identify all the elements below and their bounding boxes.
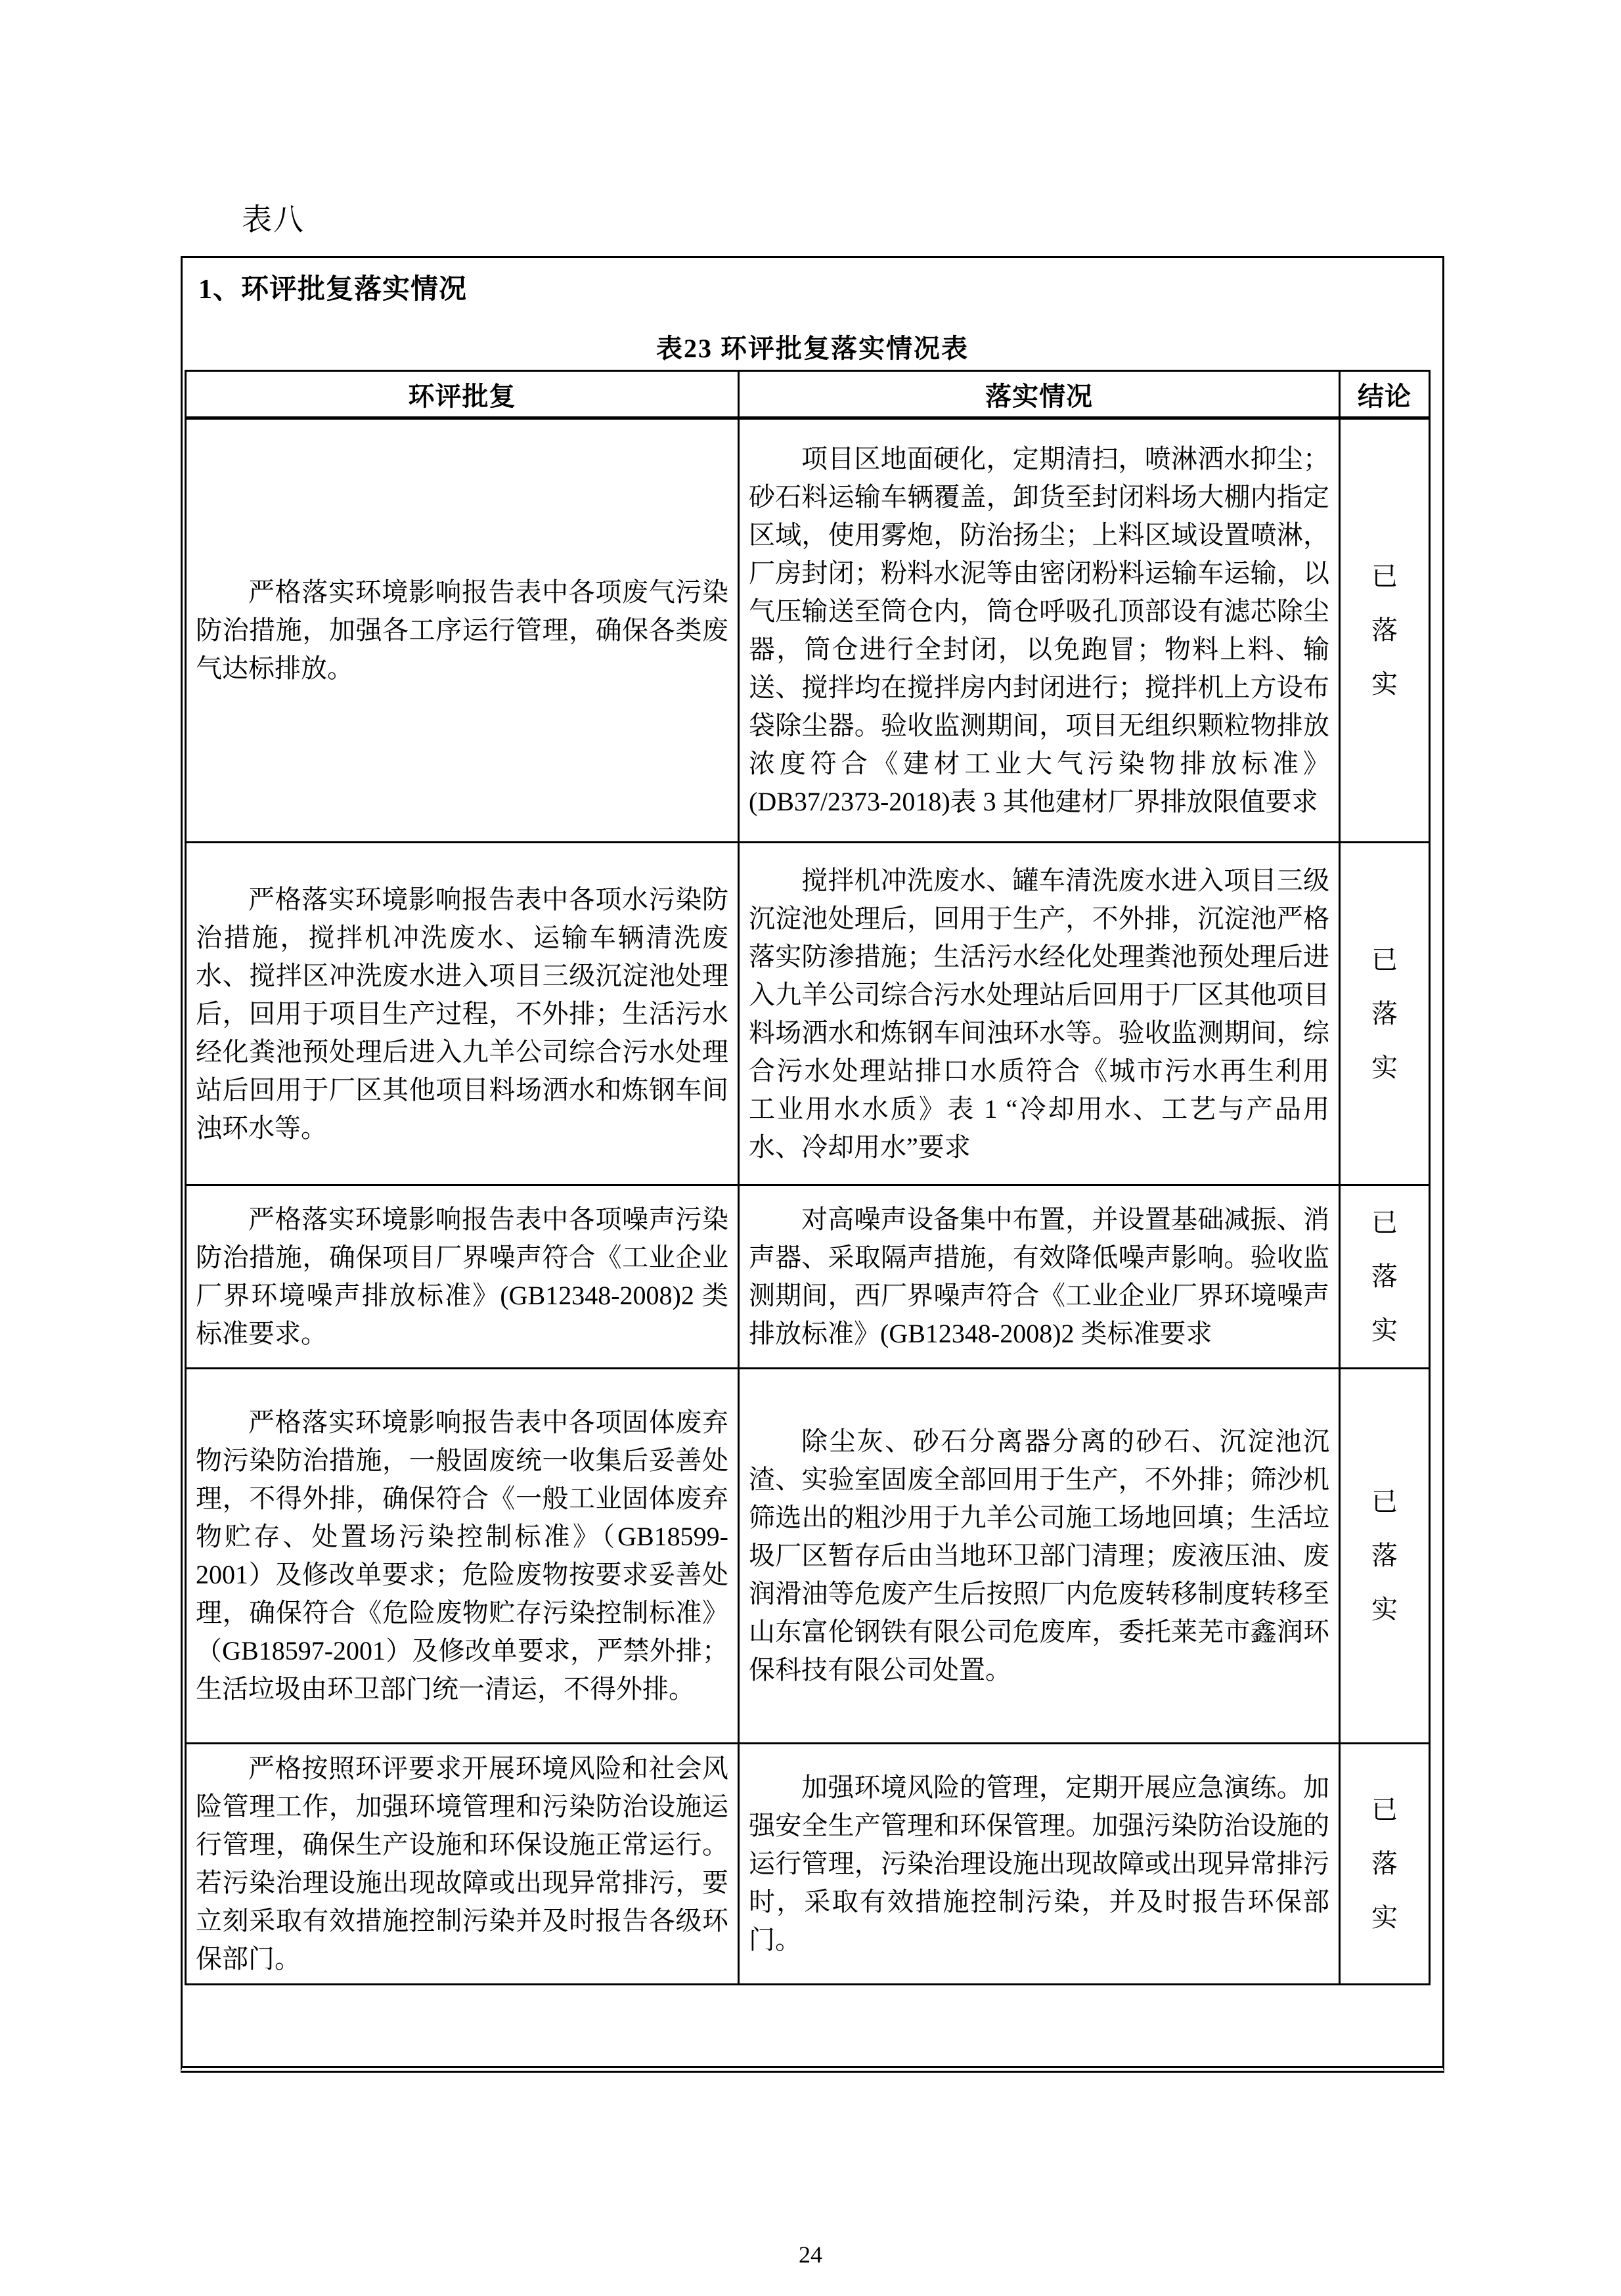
table-row: 严格落实环境影响报告表中各项固体废弃物污染防治措施，一般固废统一收集后妥善处理，…	[186, 1369, 1430, 1744]
implementation-text: 除尘灰、砂石分离器分离的砂石、沉淀池沉渣、实验室固废全部回用于生产，不外排；筛沙…	[749, 1423, 1329, 1689]
conclusion-text: 已落实	[1370, 550, 1399, 711]
table-row: 严格按照环评要求开展环境风险和社会风险管理工作，加强环境管理和污染防治设施运行管…	[186, 1744, 1430, 1985]
conclusion-text: 已落实	[1370, 1196, 1399, 1358]
conclusion-text: 已落实	[1370, 1475, 1399, 1637]
implementation-cell: 除尘灰、砂石分离器分离的砂石、沉淀池沉渣、实验室固废全部回用于生产，不外排；筛沙…	[739, 1369, 1340, 1744]
approval-cell: 严格落实环境影响报告表中各项水污染防治措施，搅拌机冲洗废水、运输车辆清洗废水、搅…	[186, 843, 739, 1185]
conclusion-text: 已落实	[1370, 933, 1399, 1095]
approval-cell: 严格落实环境影响报告表中各项固体废弃物污染防治措施，一般固废统一收集后妥善处理，…	[186, 1369, 739, 1744]
approval-cell: 严格按照环评要求开展环境风险和社会风险管理工作，加强环境管理和污染防治设施运行管…	[186, 1744, 739, 1985]
approval-text: 严格落实环境影响报告表中各项水污染防治措施，搅拌机冲洗废水、运输车辆清洗废水、搅…	[196, 881, 728, 1147]
approval-cell: 严格落实环境影响报告表中各项噪声污染防治措施，确保项目厂界噪声符合《工业企业厂界…	[186, 1185, 739, 1369]
conclusion-cell: 已落实	[1340, 1744, 1430, 1985]
implementation-text: 加强环境风险的管理，定期开展应急演练。加强安全生产管理和环保管理。加强污染防治设…	[749, 1769, 1329, 1959]
implementation-text: 项目区地面硬化，定期清扫，喷淋洒水抑尘；砂石料运输车辆覆盖，卸货至封闭料场大棚内…	[749, 440, 1329, 821]
header-implementation: 落实情况	[739, 371, 1340, 418]
implementation-text: 搅拌机冲洗废水、罐车清洗废水进入项目三级沉淀池处理后，回用于生产，不外排，沉淀池…	[749, 862, 1329, 1166]
table-row: 严格落实环境影响报告表中各项水污染防治措施，搅拌机冲洗废水、运输车辆清洗废水、搅…	[186, 843, 1430, 1185]
page-label: 表八	[242, 196, 305, 239]
implementation-cell: 加强环境风险的管理，定期开展应急演练。加强安全生产管理和环保管理。加强污染防治设…	[739, 1744, 1340, 1985]
conclusion-cell: 已落实	[1340, 843, 1430, 1185]
approval-table: 环评批复 落实情况 结论 严格落实环境影响报告表中各项废气污染防治措施，加强各工…	[185, 370, 1431, 1985]
conclusion-cell: 已落实	[1340, 418, 1430, 843]
page-number: 24	[0, 2241, 1621, 2268]
conclusion-cell: 已落实	[1340, 1185, 1430, 1369]
approval-cell: 严格落实环境影响报告表中各项废气污染防治措施，加强各工序运行管理，确保各类废气达…	[186, 418, 739, 843]
conclusion-cell: 已落实	[1340, 1369, 1430, 1744]
approval-text: 严格落实环境影响报告表中各项废气污染防治措施，加强各工序运行管理，确保各类废气达…	[196, 573, 728, 688]
header-approval: 环评批复	[186, 371, 739, 418]
section-title: 1、环评批复落实情况	[198, 267, 467, 307]
implementation-cell: 搅拌机冲洗废水、罐车清洗废水进入项目三级沉淀池处理后，回用于生产，不外排，沉淀池…	[739, 843, 1340, 1185]
implementation-text: 对高噪声设备集中布置，并设置基础减振、消声器、采取隔声措施，有效降低噪声影响。验…	[749, 1201, 1329, 1353]
approval-text: 严格落实环境影响报告表中各项固体废弃物污染防治措施，一般固废统一收集后妥善处理，…	[196, 1403, 728, 1708]
table-header-row: 环评批复 落实情况 结论	[186, 371, 1430, 418]
approval-text: 严格按照环评要求开展环境风险和社会风险管理工作，加强环境管理和污染防治设施运行管…	[196, 1750, 728, 1978]
header-conclusion: 结论	[1340, 371, 1430, 418]
implementation-cell: 项目区地面硬化，定期清扫，喷淋洒水抑尘；砂石料运输车辆覆盖，卸货至封闭料场大棚内…	[739, 418, 1340, 843]
implementation-cell: 对高噪声设备集中布置，并设置基础减振、消声器、采取隔声措施，有效降低噪声影响。验…	[739, 1185, 1340, 1369]
approval-text: 严格落实环境影响报告表中各项噪声污染防治措施，确保项目厂界噪声符合《工业企业厂界…	[196, 1201, 728, 1353]
table-row: 严格落实环境影响报告表中各项噪声污染防治措施，确保项目厂界噪声符合《工业企业厂界…	[186, 1185, 1430, 1369]
conclusion-text: 已落实	[1370, 1783, 1399, 1945]
table-caption: 表23 环评批复落实情况表	[183, 328, 1442, 365]
table-row: 严格落实环境影响报告表中各项废气污染防治措施，加强各工序运行管理，确保各类废气达…	[186, 418, 1430, 843]
record-panel: 1、环评批复落实情况 表23 环评批复落实情况表 环评批复 落实情况 结论 严格…	[181, 256, 1444, 2073]
document-page: 表八 1、环评批复落实情况 表23 环评批复落实情况表 环评批复 落实情况 结论…	[0, 0, 1621, 2296]
